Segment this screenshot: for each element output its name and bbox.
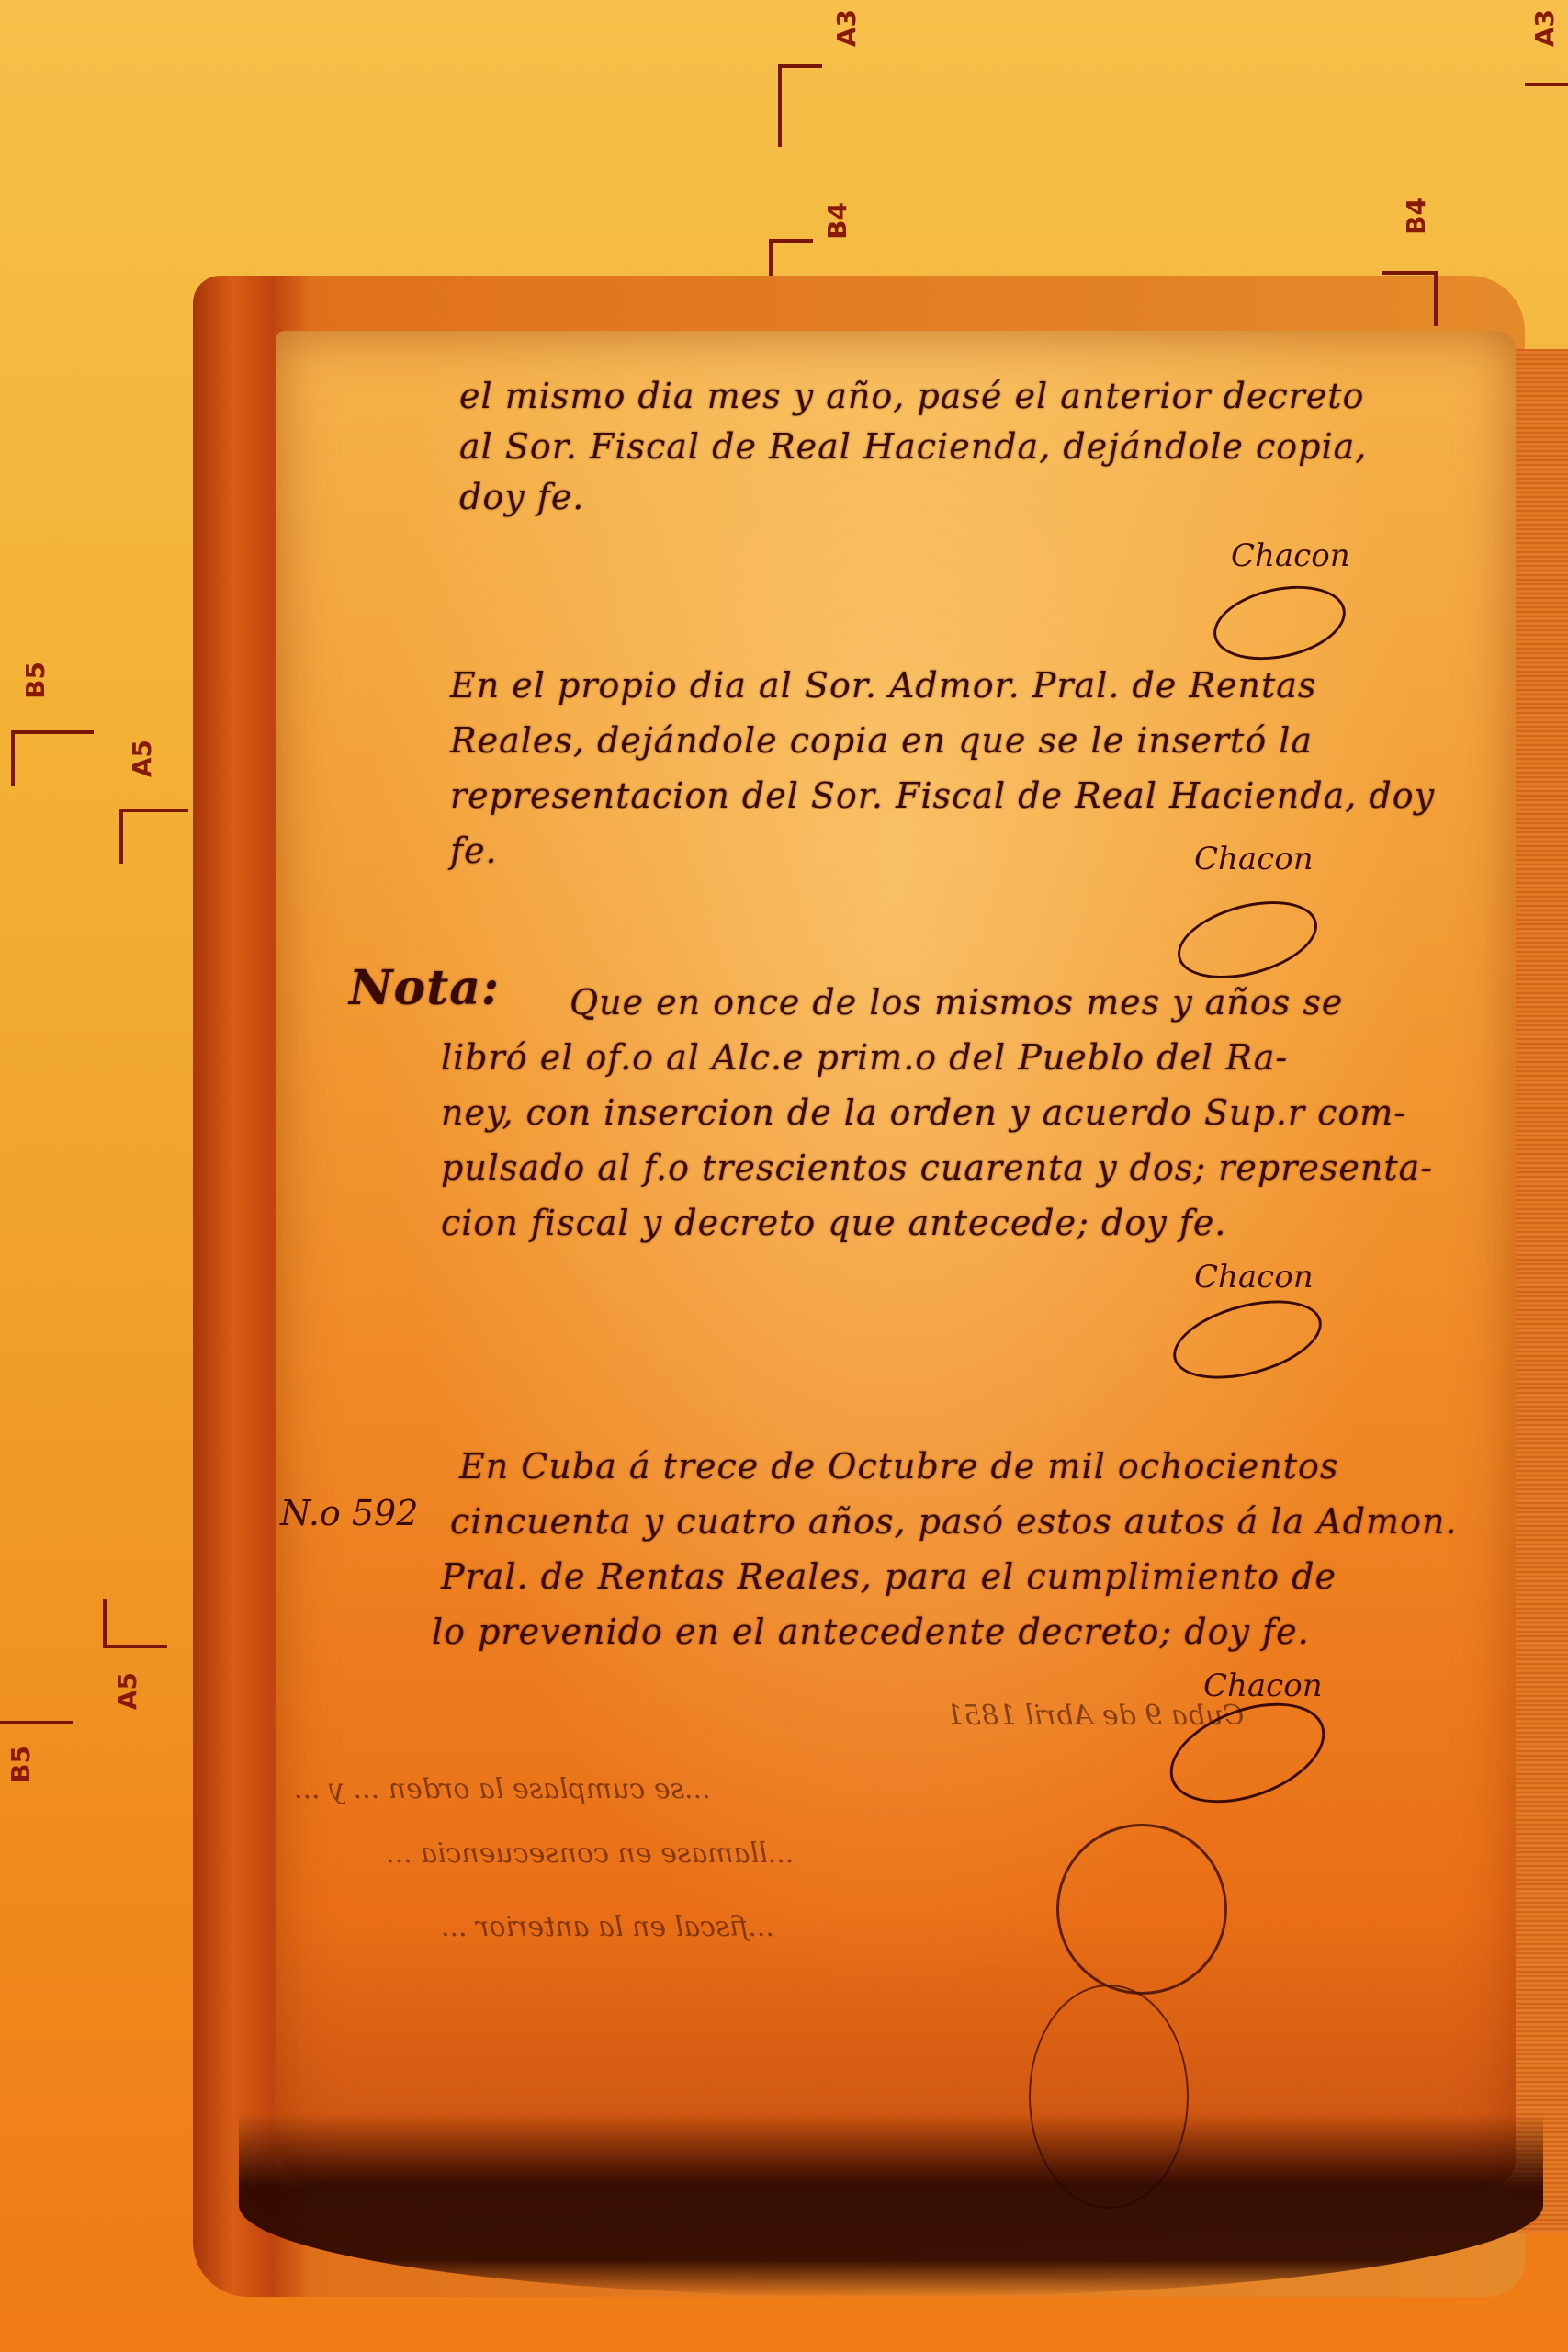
signature: Chacon [1194, 1259, 1314, 1295]
text-line: el mismo dia mes y año, pasé el anterior… [459, 367, 1364, 424]
text-line: ney, con insercion de la orden y acuerdo… [441, 1084, 1406, 1141]
text-line: En el propio dia al Sor. Admor. Pral. de… [450, 657, 1316, 714]
page-bottom-shadow [239, 2113, 1543, 2297]
marker-tick [103, 1645, 167, 1648]
text-line: libró el of.o al Alc.e prim.o del Pueblo… [441, 1029, 1288, 1086]
marker-b5-lower: B5 [6, 1746, 36, 1783]
signature: Chacon [1194, 841, 1314, 877]
text-line: pulsado al f.o trescientos cuarenta y do… [441, 1139, 1433, 1196]
marker-tick [1434, 271, 1438, 326]
marker-tick [1382, 271, 1438, 275]
bleed-through-text: ...fiscal en la anterior ... [441, 1902, 774, 1953]
text-line: fe. [450, 822, 498, 879]
text-line: Pral. de Rentas Reales, para el cumplimi… [441, 1548, 1337, 1605]
marker-a3-right: A3 [1529, 9, 1560, 47]
marker-tick [769, 239, 813, 243]
marker-a5-lower: A5 [112, 1672, 142, 1710]
bleed-through-text: ...llamase en consecuencia ... [386, 1828, 794, 1880]
text-line: En Cuba á trece de Octubre de mil ochoci… [459, 1438, 1338, 1495]
marker-b4-right: B4 [1401, 198, 1431, 235]
text-line: Que en once de los mismos mes y años se [570, 974, 1343, 1031]
bleed-through-text: ...se cumplase la orden ... y ... [294, 1764, 711, 1815]
marker-b4-top: B4 [822, 202, 852, 240]
marker-tick [119, 808, 188, 812]
text-line: cion fiscal y decreto que antecede; doy … [441, 1194, 1226, 1251]
margin-number: N.o 592 [280, 1493, 418, 1533]
nota-heading: Nota: [349, 960, 500, 1017]
text-line: al Sor. Fiscal de Real Hacienda, dejándo… [459, 418, 1367, 475]
marker-tick [778, 64, 782, 147]
marker-tick [11, 730, 15, 786]
marker-tick [11, 730, 94, 734]
text-line: cincuenta y cuatro años, pasó estos auto… [450, 1493, 1458, 1550]
marker-tick [119, 808, 123, 864]
marker-tick [103, 1599, 107, 1648]
bleed-through-rubric [1056, 1824, 1227, 1995]
marker-tick [0, 1721, 73, 1724]
marker-tick [1525, 83, 1568, 86]
bleed-through-text: Cuba 9 de Abril 1851 [946, 1690, 1244, 1742]
signature: Chacon [1231, 537, 1350, 574]
marker-tick [778, 64, 822, 68]
marker-b5-left: B5 [20, 661, 51, 699]
text-line: doy fe. [459, 469, 584, 526]
marker-tick [769, 239, 773, 276]
marker-a5-left: A5 [127, 740, 157, 777]
text-line: lo prevenido en el antecedente decreto; … [432, 1603, 1310, 1660]
book-spine-cloth [1506, 349, 1568, 2233]
text-line: representacion del Sor. Fiscal de Real H… [450, 767, 1435, 824]
marker-a3-top: A3 [831, 9, 862, 47]
text-line: Reales, dejándole copia en que se le ins… [450, 712, 1313, 769]
